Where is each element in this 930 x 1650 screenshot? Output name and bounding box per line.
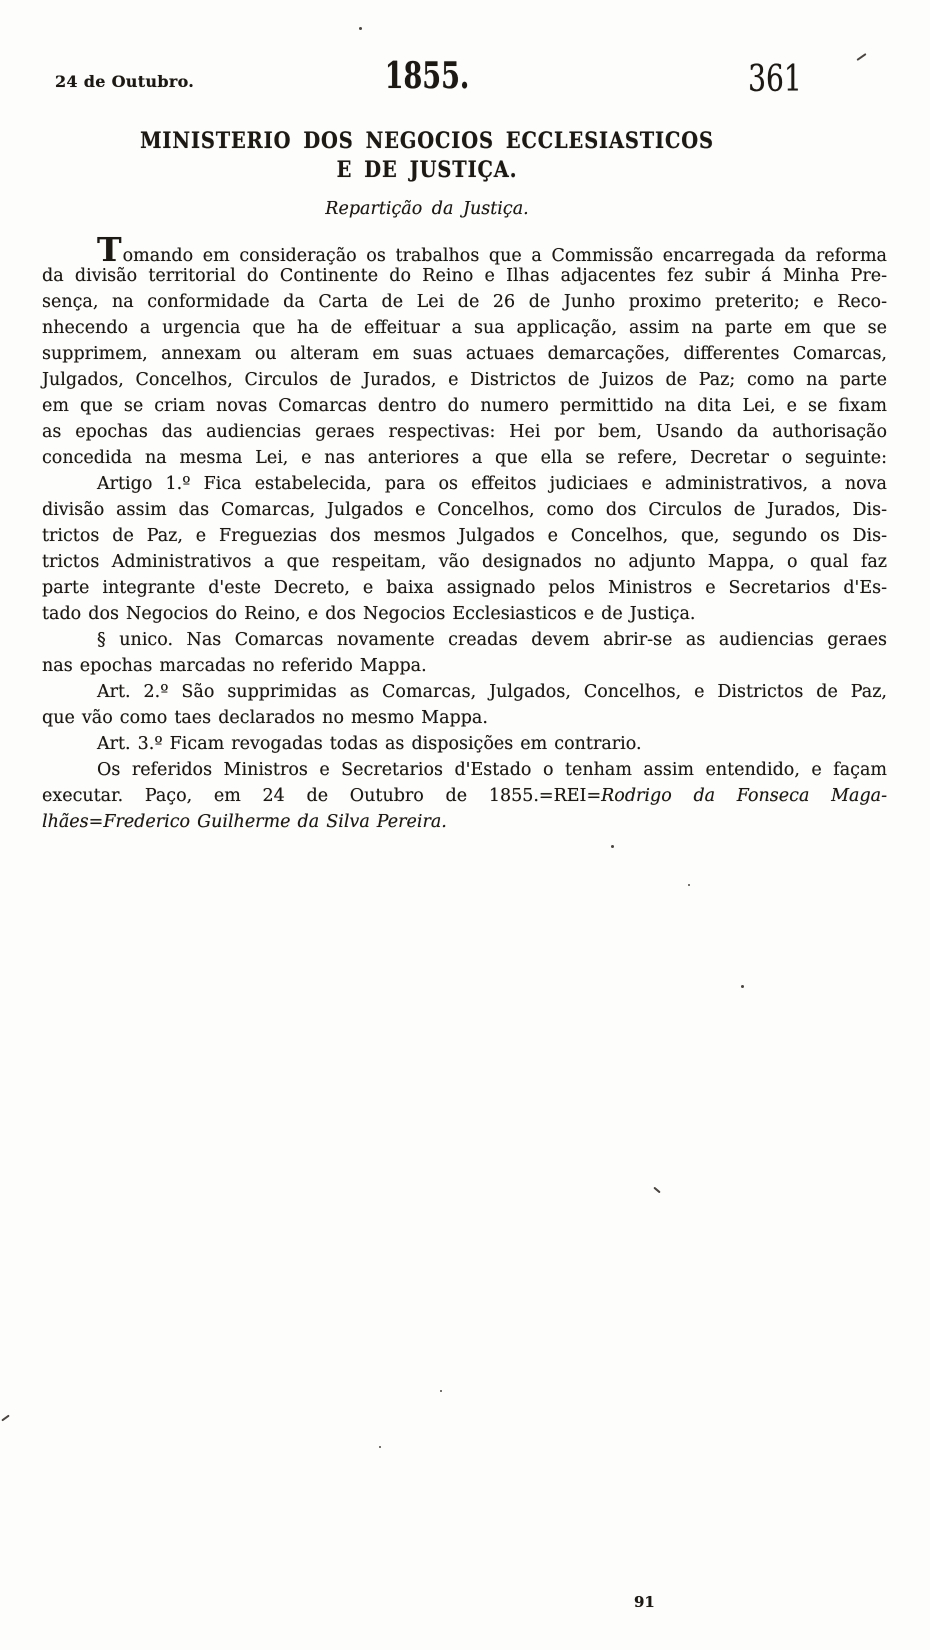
text-line: lhães=Frederico Guilherme da Silva Perei… [42, 809, 887, 835]
header-page-number: 361 [748, 62, 802, 98]
body-text: concedida na mesma Lei, e nas anteriores… [42, 448, 887, 468]
paragraph-4: Art. 2.º São supprimidas as Comarcas, Ju… [42, 679, 887, 731]
department-subtitle: Repartição da Justiça. [42, 199, 812, 219]
text-line: § unico. Nas Comarcas novamente creadas … [42, 627, 887, 653]
text-line: em que se criam novas Comarcas dentro do… [42, 393, 887, 419]
text-line: Art. 2.º São supprimidas as Comarcas, Ju… [42, 679, 887, 705]
body-text: executar. Paço, em 24 de Outubro de 1855… [42, 786, 601, 806]
text-line: executar. Paço, em 24 de Outubro de 1855… [42, 783, 887, 809]
paragraph-3: § unico. Nas Comarcas novamente creadas … [42, 627, 887, 679]
paragraph-1: Tomando em consideração os trabalhos que… [42, 237, 887, 471]
signature-name: lhães [42, 812, 89, 832]
text-line: parte integrante d'este Decreto, e baixa… [42, 575, 887, 601]
text-line: Artigo 1.º Fica estabelecida, para os ef… [42, 471, 887, 497]
ink-speck [611, 845, 614, 848]
ministry-title-line1: MINISTERIO DOS NEGOCIOS ECCLESIASTICOS [88, 127, 766, 156]
paragraph-6: Os referidos Ministros e Secretarios d'E… [42, 757, 887, 835]
body-text: que vão como taes declarados no mesmo Ma… [42, 708, 488, 728]
body-text: nas epochas marcadas no referido Mappa. [42, 656, 427, 676]
ink-speck [440, 1390, 442, 1392]
ministry-title-line2: E DE JUSTIÇA. [88, 156, 766, 185]
body-text: supprimem, annexam ou alteram em suas ac… [42, 344, 887, 364]
body-text: § unico. Nas Comarcas novamente creadas … [97, 630, 887, 650]
text-line: nhecendo a urgencia que ha de effeituar … [42, 315, 887, 341]
text-line: da divisão territorial do Continente do … [42, 263, 887, 289]
footer-sheet-number: 91 [634, 1593, 655, 1611]
ink-speck [379, 1446, 381, 1448]
body-text: tado dos Negocios do Reino, e dos Negoci… [42, 604, 695, 624]
body-text: Art. 3.º Ficam revogadas todas as dispos… [97, 734, 642, 754]
body-text: divisão assim das Comarcas, Julgados e C… [42, 500, 887, 520]
body-text: Os referidos Ministros e Secretarios d'E… [97, 760, 887, 780]
text-line: divisão assim das Comarcas, Julgados e C… [42, 497, 887, 523]
body-text: Julgados, Concelhos, Circulos de Jurados… [42, 370, 887, 390]
text-line: Os referidos Ministros e Secretarios d'E… [42, 757, 887, 783]
text-line: Art. 3.º Ficam revogadas todas as dispos… [42, 731, 887, 757]
text-line: que vão como taes declarados no mesmo Ma… [42, 705, 887, 731]
text-line: trictos Administrativos a que respeitam,… [42, 549, 887, 575]
body-text: = [89, 812, 104, 832]
ink-speck [653, 1187, 660, 1194]
ink-speck [856, 53, 866, 61]
ink-speck [688, 884, 690, 886]
paragraph-2: Artigo 1.º Fica estabelecida, para os ef… [42, 471, 887, 627]
ink-speck [741, 985, 744, 988]
scanned-page: 24 de Outubro. 1855. 361 MINISTERIO DOS … [0, 0, 930, 1650]
text-line: nas epochas marcadas no referido Mappa. [42, 653, 887, 679]
body-text: trictos de Paz, e Freguezias dos mesmos … [42, 526, 887, 546]
text-line: as epochas das audiencias geraes respect… [42, 419, 887, 445]
text-line: sença, na conformidade da Carta de Lei d… [42, 289, 887, 315]
body-text: sença, na conformidade da Carta de Lei d… [42, 292, 887, 312]
body-text: trictos Administrativos a que respeitam,… [42, 552, 887, 572]
body-text: parte integrante d'este Decreto, e baixa… [42, 578, 887, 598]
text-line: tado dos Negocios do Reino, e dos Negoci… [42, 601, 887, 627]
text-line: supprimem, annexam ou alteram em suas ac… [42, 341, 887, 367]
text-line: Tomando em consideração os trabalhos que… [42, 237, 887, 263]
body-text: as epochas das audiencias geraes respect… [42, 422, 887, 442]
signature-name: Rodrigo da Fonseca Maga- [601, 786, 887, 806]
text-line: Julgados, Concelhos, Circulos de Jurados… [42, 367, 887, 393]
text-line: trictos de Paz, e Freguezias dos mesmos … [42, 523, 887, 549]
signature-name: Frederico Guilherme da Silva Pereira. [103, 812, 447, 832]
body-text: em que se criam novas Comarcas dentro do… [42, 396, 887, 416]
text-line: concedida na mesma Lei, e nas anteriores… [42, 445, 887, 471]
ink-speck [1, 1415, 10, 1422]
body-text: da divisão territorial do Continente do … [42, 266, 887, 286]
ink-speck [359, 27, 362, 30]
body-text: nhecendo a urgencia que ha de effeituar … [42, 318, 887, 338]
paragraph-5: Art. 3.º Ficam revogadas todas as dispos… [42, 731, 887, 757]
body-text: Artigo 1.º Fica estabelecida, para os ef… [97, 474, 887, 494]
document-body: Tomando em consideração os trabalhos que… [42, 237, 887, 835]
header-year: 1855. [138, 58, 716, 94]
body-text: Art. 2.º São supprimidas as Comarcas, Ju… [97, 682, 887, 702]
